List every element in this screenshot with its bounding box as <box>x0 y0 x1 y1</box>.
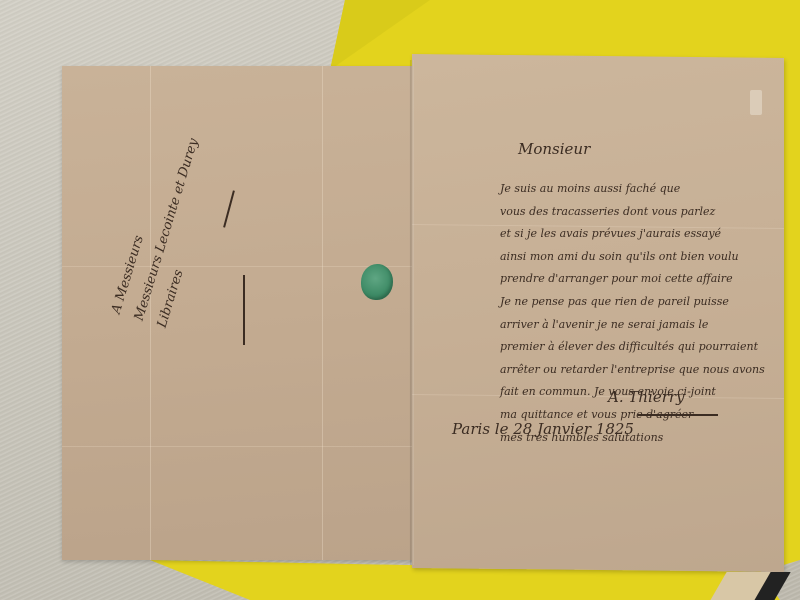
letter-line: et si je les avais prévues j'aurais essa… <box>500 223 765 246</box>
letter-salutation: Monsieur <box>518 140 590 158</box>
dateline: Paris le 28 Janvier 1825 <box>452 420 634 438</box>
letter-line: vous des tracasseries dont vous parlez <box>500 201 765 224</box>
letter-line: arriver à l'avenir je ne serai jamais le <box>500 314 765 337</box>
letter-body: Je suis au moins aussi faché que vous de… <box>500 178 765 449</box>
paper-tab-mark <box>750 90 762 115</box>
address-flourish <box>243 275 245 345</box>
green-wax-seal <box>361 264 393 300</box>
signature: A. Thierry <box>608 388 685 406</box>
letter-line: Je ne pense pas que rien de pareil puiss… <box>500 291 765 314</box>
signature-underline <box>638 414 718 416</box>
letter-line: arrêter ou retarder l'entreprise que nou… <box>500 359 765 382</box>
letter-line: premier à élever des difficultés qui pou… <box>500 336 765 359</box>
letter-line: prendre d'arranger pour moi cette affair… <box>500 268 765 291</box>
paper-fold-spine <box>410 60 414 565</box>
letter-line: Je suis au moins aussi faché que <box>500 178 765 201</box>
letter-line: ainsi mon ami du soin qu'ils ont bien vo… <box>500 246 765 269</box>
